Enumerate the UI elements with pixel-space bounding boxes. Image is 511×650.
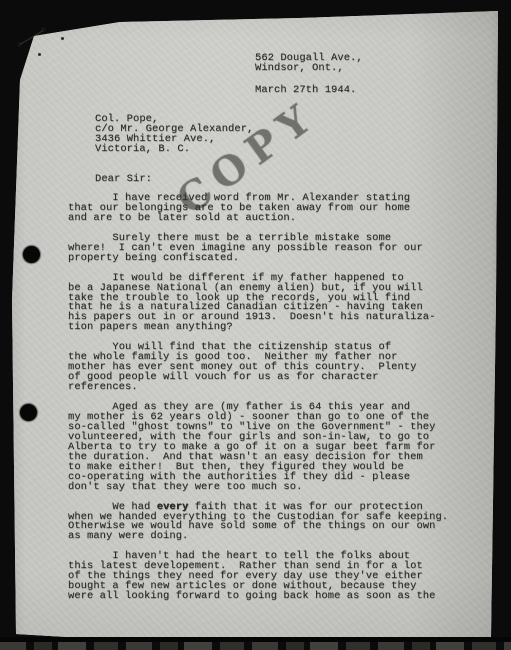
hole-punch-top: [23, 246, 40, 263]
sender-address: 562 Dougall Ave., Windsor, Ont.,: [255, 54, 363, 74]
letter-body: I have received word from Mr. Alexander …: [68, 194, 480, 602]
scanned-letter-page: COPY 562 Dougall Ave., Windsor, Ont., Ma…: [0, 0, 511, 650]
film-strip-band: [0, 637, 511, 650]
recipient-address: Col. Pope, c/o Mr. George Alexander, 343…: [95, 115, 253, 155]
film-strip-blocks: [0, 642, 511, 650]
hole-punch-bottom: [20, 404, 37, 421]
staple-mark: [61, 37, 64, 40]
date-line: March 27th 1944.: [255, 86, 356, 96]
staple-mark: [38, 53, 41, 56]
salutation: Dear Sir:: [95, 175, 152, 185]
letter-body-part1: I have received word from Mr. Alexander …: [68, 192, 435, 513]
letter-body-part2: faith that it was for our protection whe…: [68, 501, 448, 603]
